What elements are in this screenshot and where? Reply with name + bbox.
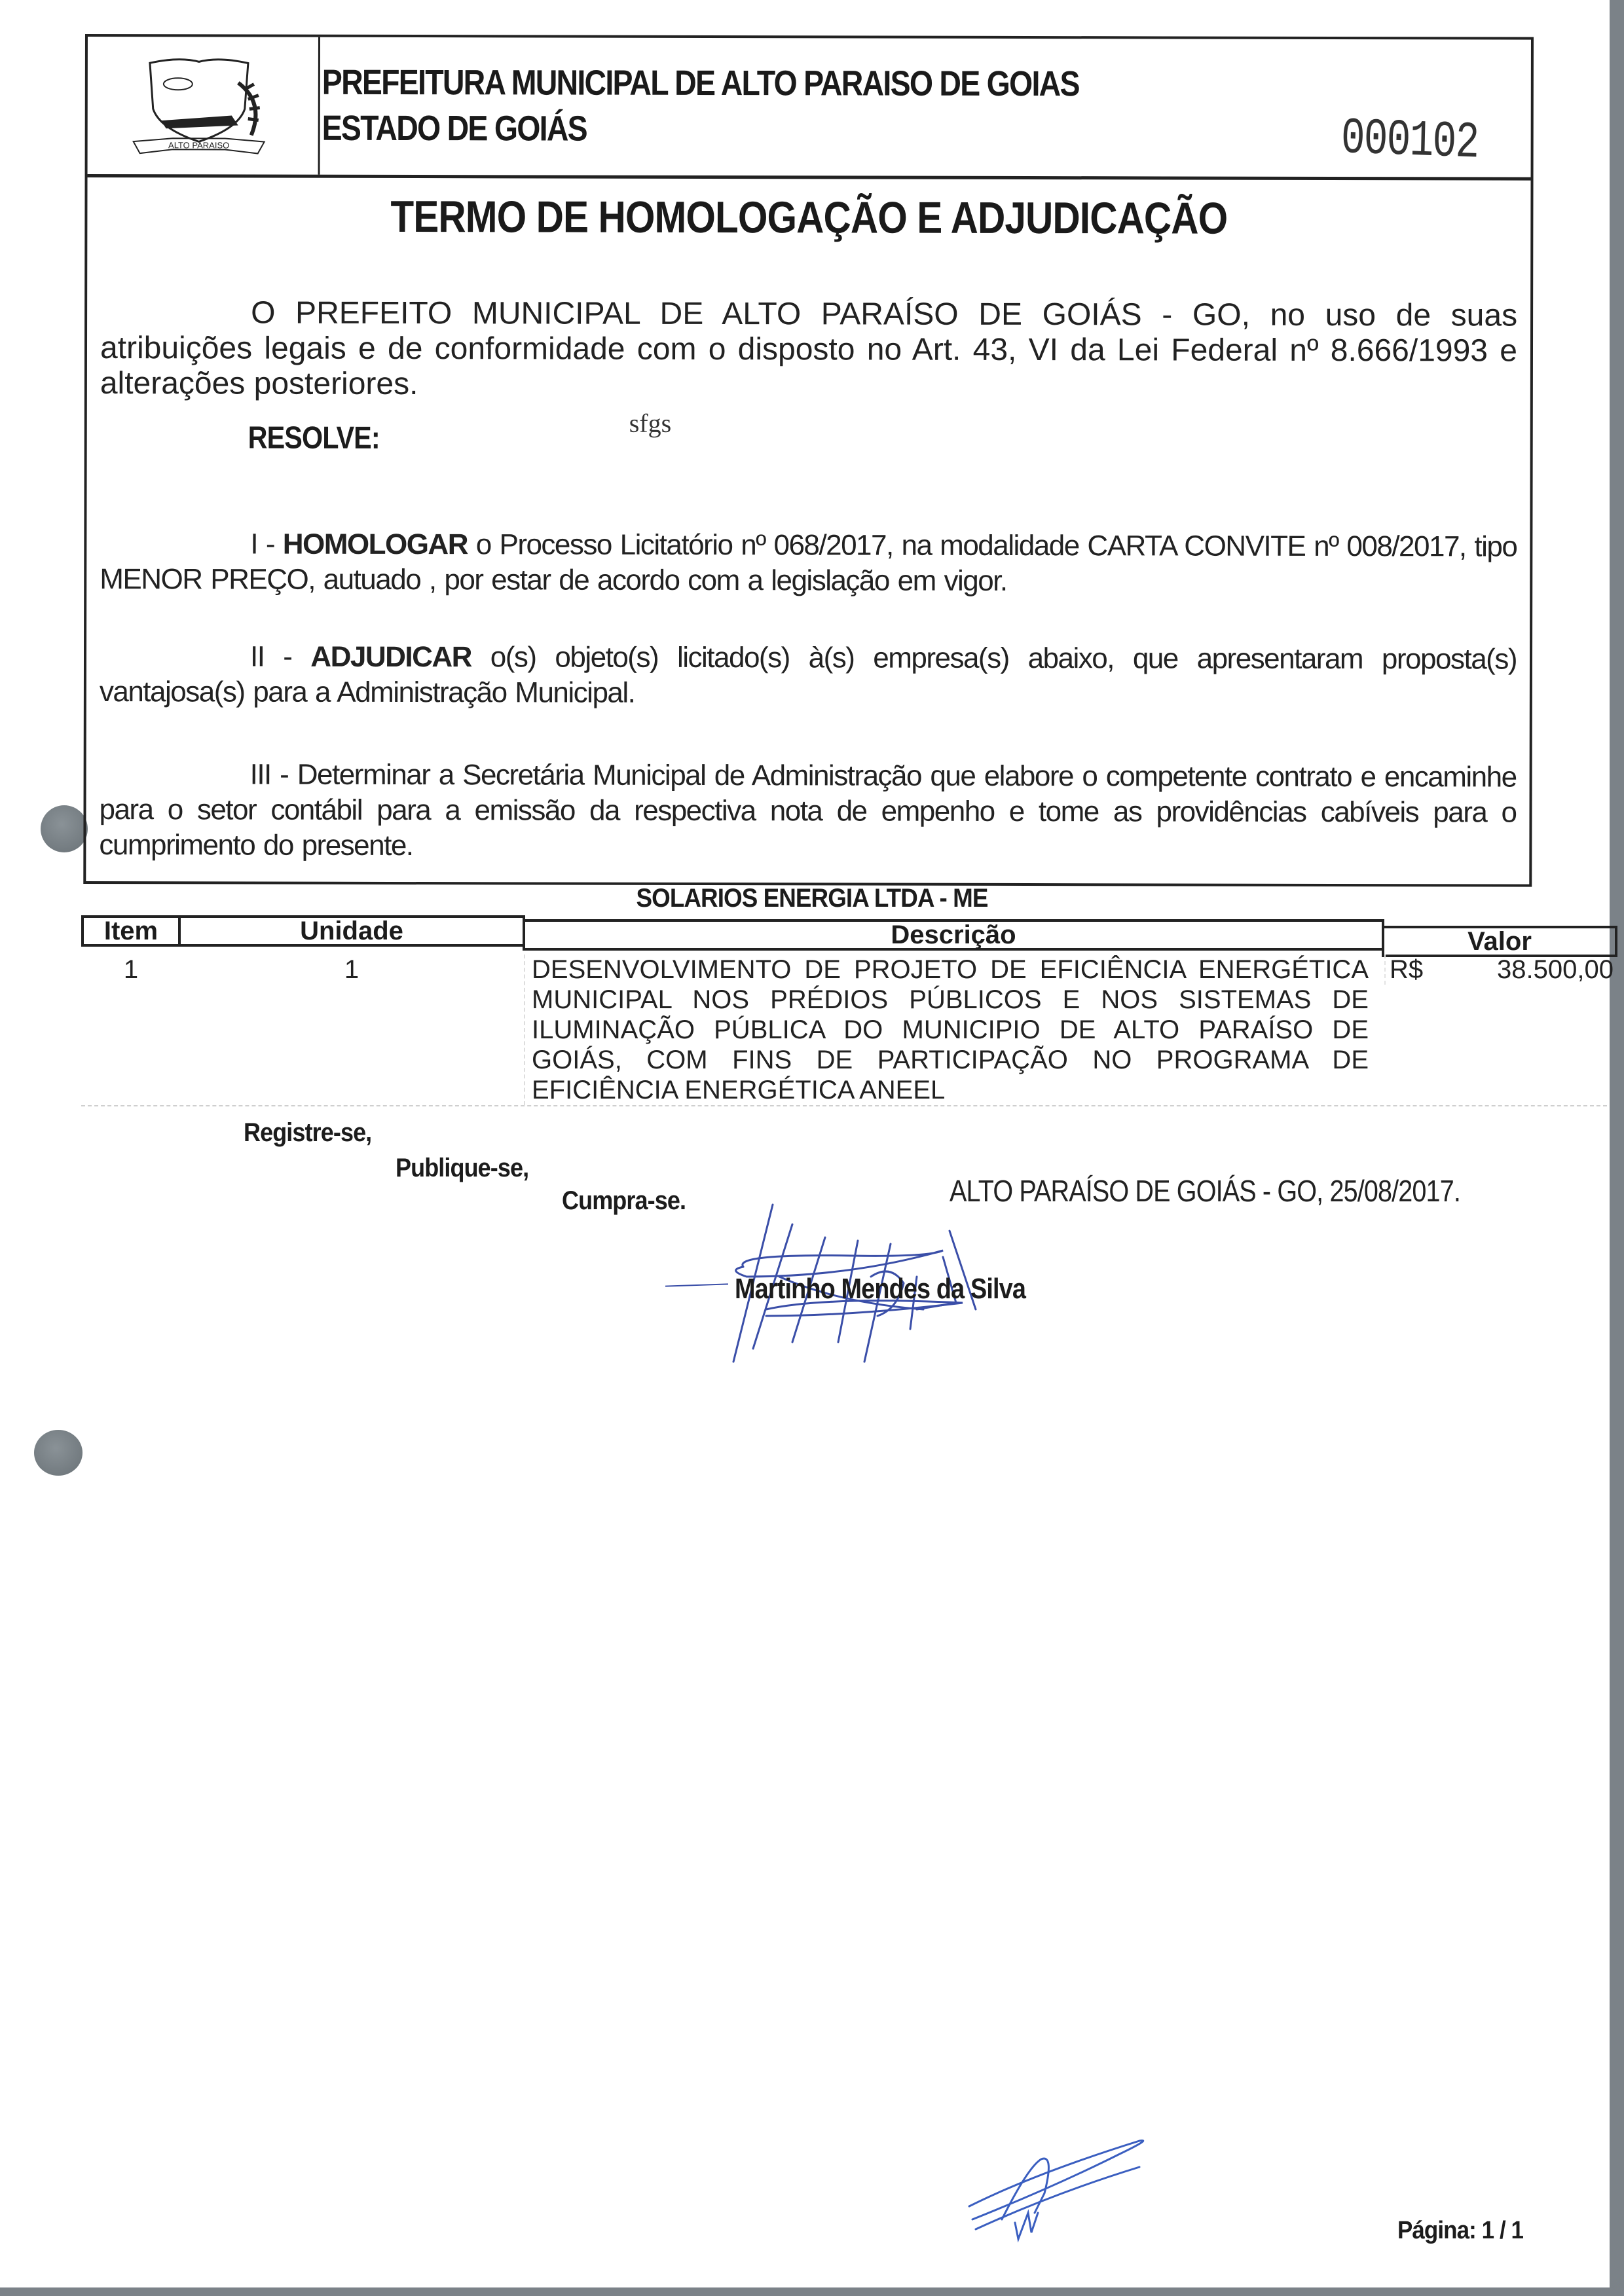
column-header-unidade: Unidade <box>178 915 525 947</box>
cell-currency: R$ <box>1384 955 1429 985</box>
page-number: Página: 1 / 1 <box>1397 2217 1523 2245</box>
column-header-valor: Valor <box>1382 926 1617 957</box>
table-header: Item Unidade Descrição Valor <box>81 915 1536 955</box>
punch-hole-upper <box>41 805 88 852</box>
clause-text: III - Determinar a Secretária Municipal … <box>99 759 1516 862</box>
column-header-item: Item <box>81 915 181 947</box>
clause-keyword: ADJUDICAR <box>310 641 471 674</box>
svg-text:ALTO PARAISO: ALTO PARAISO <box>168 140 229 150</box>
document-number-stamp: 000102 <box>1340 110 1479 172</box>
table-row: 1 1 DESENVOLVIMENTO DE PROJETO DE EFICIÊ… <box>81 955 1607 1106</box>
municipal-crest: ALTO PARAISO <box>88 37 320 175</box>
column-header-descricao: Descrição <box>523 919 1384 951</box>
rubric-initials-icon <box>956 2115 1218 2246</box>
items-table: Item Unidade Descrição Valor 1 1 DESENVO… <box>81 915 1536 955</box>
stray-text: sfgs <box>629 408 672 439</box>
scanner-edge-bottom <box>0 2287 1624 2296</box>
intro-paragraph: O PREFEITO MUNICIPAL DE ALTO PARAÍSO DE … <box>100 295 1517 405</box>
clause-prefix: I - <box>250 528 282 560</box>
cell-unidade: 1 <box>178 955 525 985</box>
clause-keyword: HOMOLOGAR <box>283 528 468 561</box>
clause-adjudicar: II - ADJUDICAR o(s) objeto(s) licitado(s… <box>100 639 1517 713</box>
resolve-label: RESOLVE: <box>248 420 380 456</box>
closing-publish: Publique-se, <box>396 1154 528 1183</box>
organization-name: PREFEITURA MUNICIPAL DE ALTO PARAISO DE … <box>322 62 1079 104</box>
document-title: TERMO DE HOMOLOGAÇÃO E ADJUDICAÇÃO <box>189 191 1430 244</box>
clause-prefix: II - <box>250 641 310 673</box>
document-frame: ALTO PARAISO PREFEITURA MUNICIPAL DE ALT… <box>83 34 1534 887</box>
cell-valor: 38.500,00 <box>1430 955 1614 985</box>
punch-hole-lower <box>34 1430 83 1476</box>
letterhead: ALTO PARAISO PREFEITURA MUNICIPAL DE ALT… <box>88 37 1531 181</box>
state-name: ESTADO DE GOIÁS <box>322 108 587 149</box>
signer-name: Martinho Mendes da Silva <box>735 1273 1025 1305</box>
closing-register: Registre-se, <box>244 1118 371 1148</box>
supplier-name: SOLARIOS ENERGIA LTDA - ME <box>65 884 1559 913</box>
cell-descricao: DESENVOLVIMENTO DE PROJETO DE EFICIÊNCIA… <box>524 955 1369 1105</box>
scanner-edge-right <box>1610 0 1624 2296</box>
clause-homologar: I - HOMOLOGAR o Processo Licitatório nº … <box>100 526 1517 600</box>
clause-determinar: III - Determinar a Secretária Municipal … <box>99 757 1516 866</box>
cell-item: 1 <box>81 955 181 985</box>
crest-icon: ALTO PARAISO <box>114 50 284 162</box>
